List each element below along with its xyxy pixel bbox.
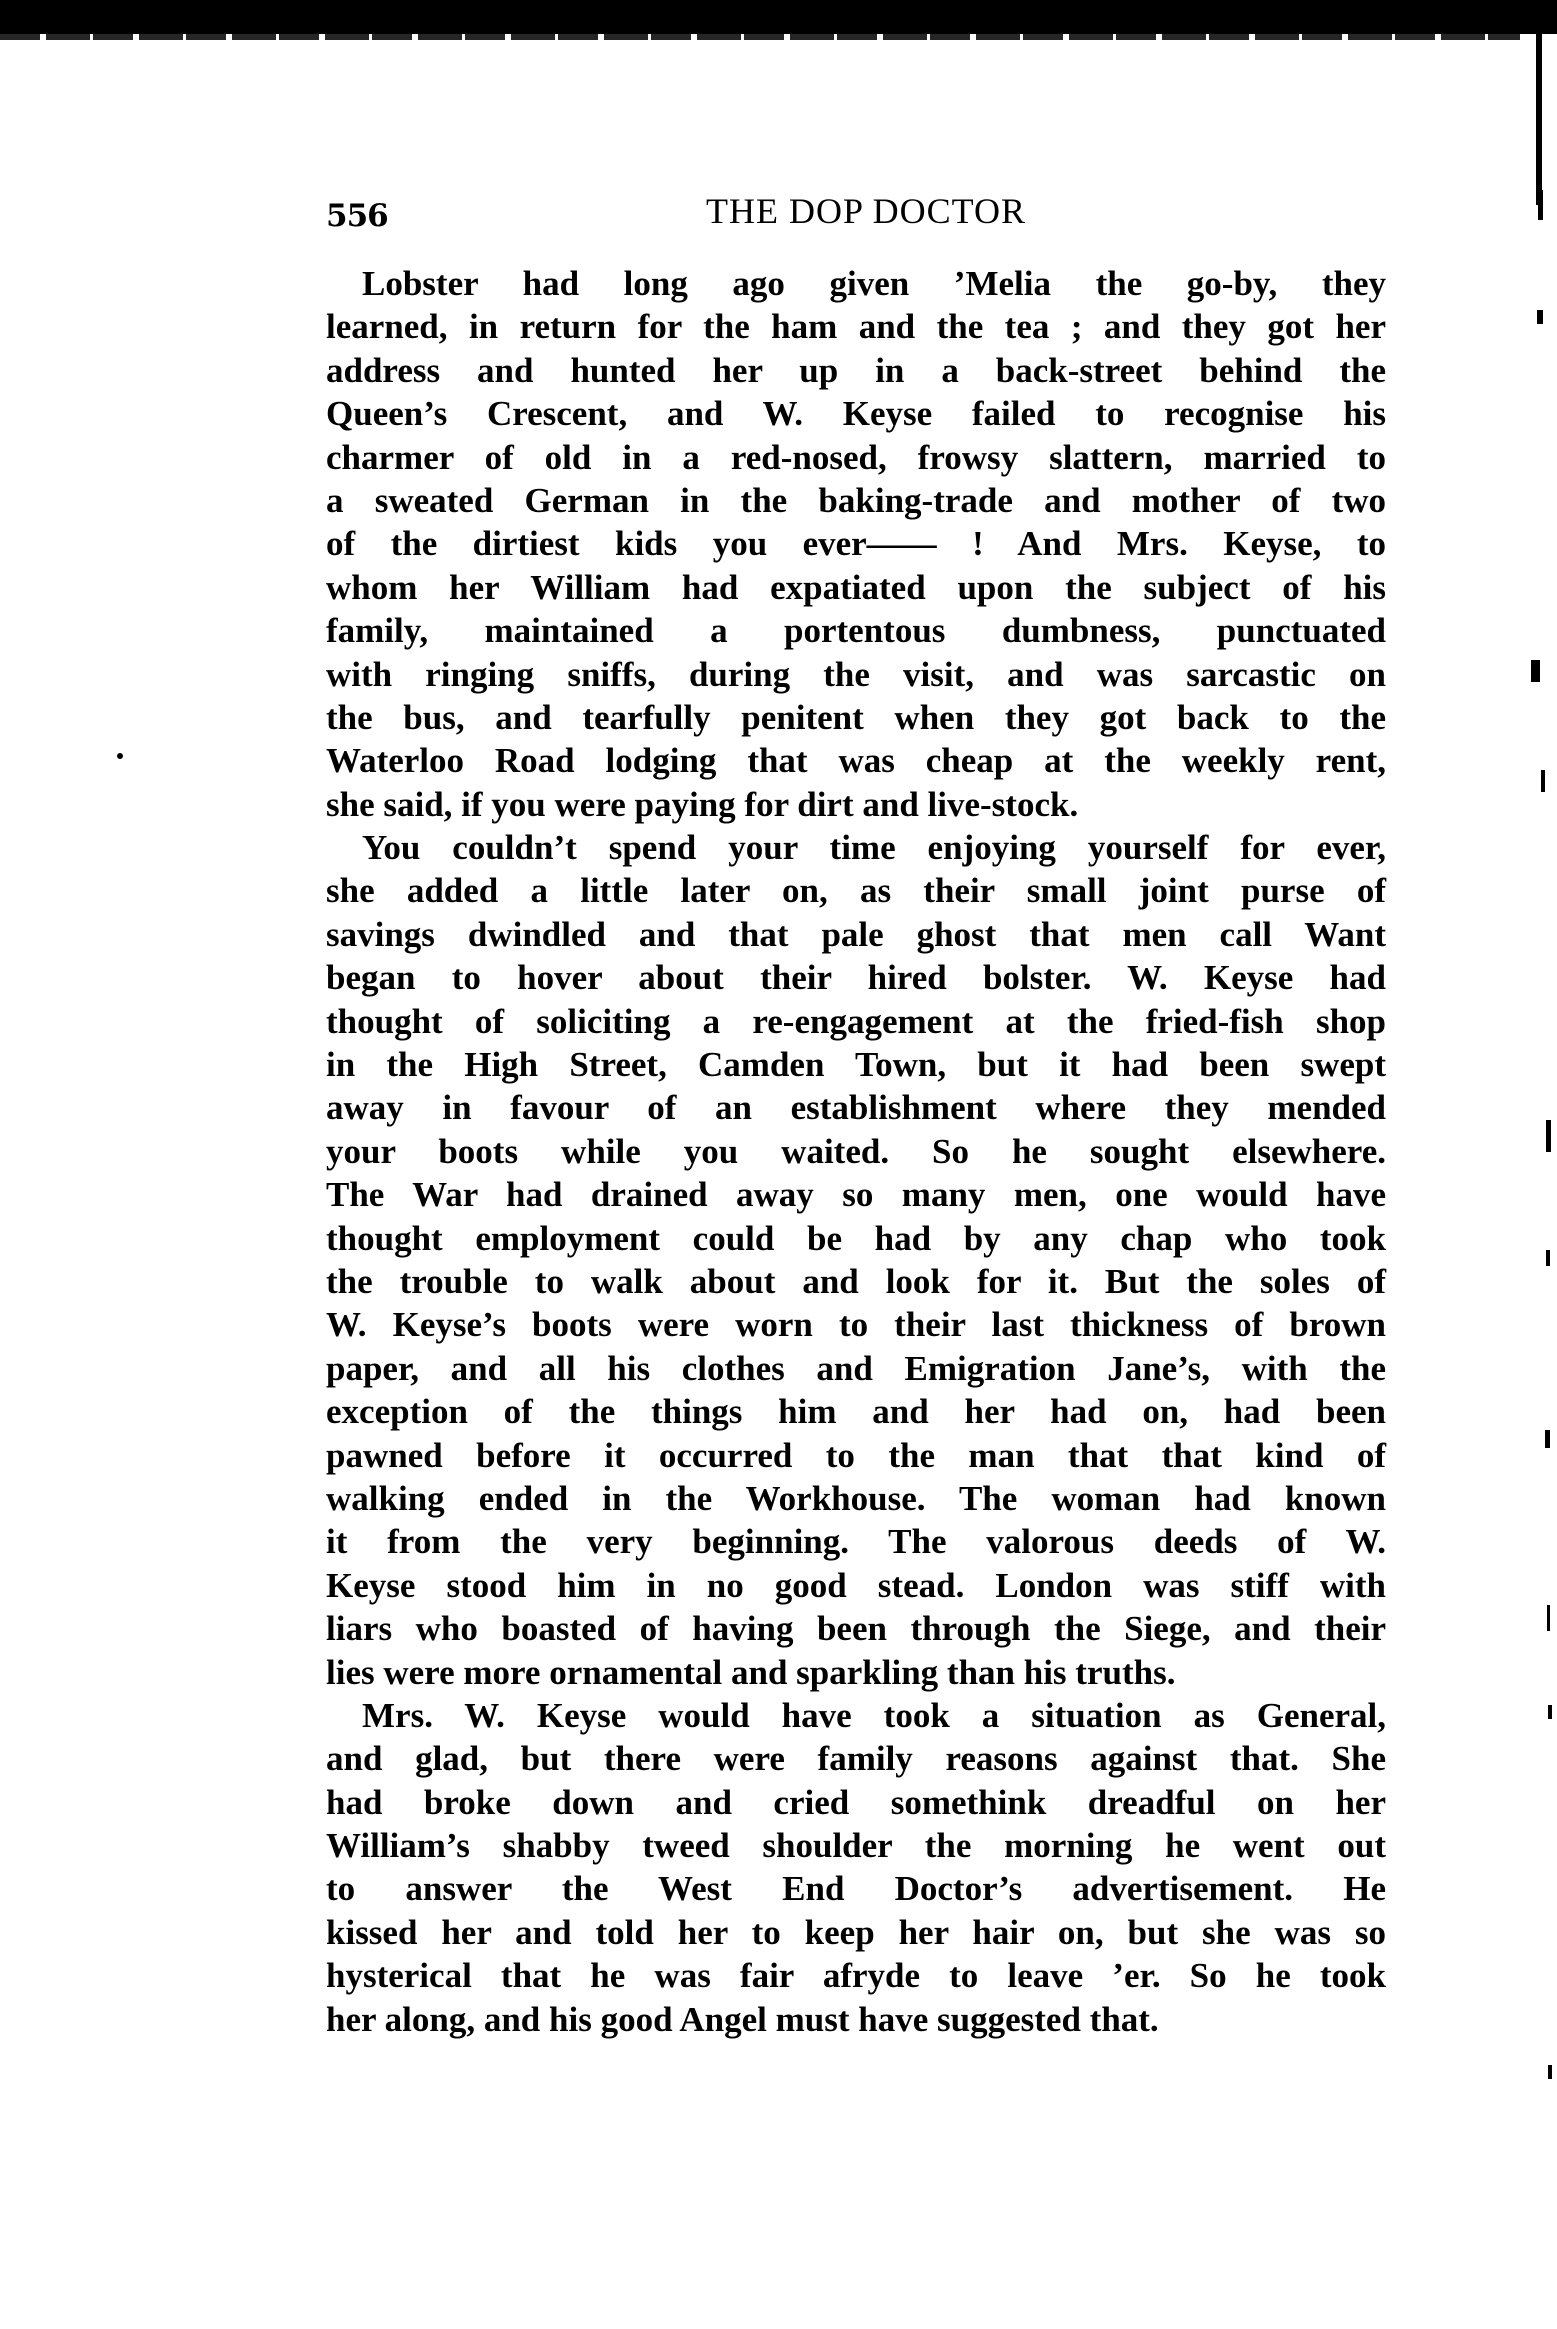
paragraph: Mrs. W. Keyse would have took a situatio… — [326, 1694, 1386, 2041]
text-line: savings dwindled and that pale ghost tha… — [326, 913, 1386, 956]
text-line: lies were more ornamental and sparkling … — [326, 1651, 1386, 1694]
margin-mark — [1546, 1120, 1551, 1152]
text-line: address and hunted her up in a back-stre… — [326, 349, 1386, 392]
text-line: and glad, but there were family reasons … — [326, 1737, 1386, 1780]
scan-top-border — [0, 0, 1557, 34]
text-line: her along, and his good Angel must have … — [326, 1998, 1386, 2041]
text-line: began to hover about their hired bolster… — [326, 956, 1386, 999]
paragraph: You couldn’t spend your time enjoying yo… — [326, 826, 1386, 1694]
margin-mark — [1538, 190, 1543, 220]
text-line: she added a little later on, as their sm… — [326, 869, 1386, 912]
margin-mark — [1537, 310, 1543, 324]
margin-mark — [1545, 1430, 1550, 1448]
text-line: hysterical that he was fair afryde to le… — [326, 1954, 1386, 1997]
scan-right-edge — [1536, 20, 1542, 205]
text-line: with ringing sniffs, during the visit, a… — [326, 653, 1386, 696]
text-line: paper, and all his clothes and Emigratio… — [326, 1347, 1386, 1390]
text-line: it from the very beginning. The valorous… — [326, 1520, 1386, 1563]
text-line: Lobster had long ago given ’Melia the go… — [326, 262, 1386, 305]
text-line: Mrs. W. Keyse would have took a situatio… — [326, 1694, 1386, 1737]
text-line: a sweated German in the baking-trade and… — [326, 479, 1386, 522]
text-line: your boots while you waited. So he sough… — [326, 1130, 1386, 1173]
text-line: the bus, and tearfully penitent when the… — [326, 696, 1386, 739]
text-line: family, maintained a portentous dumbness… — [326, 609, 1386, 652]
text-line: Keyse stood him in no good stead. London… — [326, 1564, 1386, 1607]
text-line: thought of soliciting a re-engagement at… — [326, 1000, 1386, 1043]
margin-mark — [1548, 1705, 1552, 1719]
text-line: W. Keyse’s boots were worn to their last… — [326, 1303, 1386, 1346]
scan-speck — [117, 753, 123, 759]
text-line: The War had drained away so many men, on… — [326, 1173, 1386, 1216]
text-line: Waterloo Road lodging that was cheap at … — [326, 739, 1386, 782]
margin-mark — [1547, 1605, 1550, 1631]
text-line: had broke down and cried somethink dread… — [326, 1781, 1386, 1824]
text-line: she said, if you were paying for dirt an… — [326, 783, 1386, 826]
running-title: THE DOP DOCTOR — [326, 190, 1386, 232]
text-line: whom her William had expatiated upon the… — [326, 566, 1386, 609]
text-line: in the High Street, Camden Town, but it … — [326, 1043, 1386, 1086]
body-text: Lobster had long ago given ’Melia the go… — [326, 262, 1386, 2041]
margin-mark — [1541, 770, 1545, 792]
text-line: thought employment could be had by any c… — [326, 1217, 1386, 1260]
text-line: William’s shabby tweed shoulder the morn… — [326, 1824, 1386, 1867]
text-line: exception of the things him and her had … — [326, 1390, 1386, 1433]
scan-page-edge — [0, 34, 1520, 40]
text-line: walking ended in the Workhouse. The woma… — [326, 1477, 1386, 1520]
margin-mark — [1548, 2065, 1552, 2079]
margin-mark — [1546, 1250, 1550, 1266]
text-line: to answer the West End Doctor’s advertis… — [326, 1867, 1386, 1910]
text-line: liars who boasted of having been through… — [326, 1607, 1386, 1650]
text-line: kissed her and told her to keep her hair… — [326, 1911, 1386, 1954]
margin-mark — [1531, 660, 1540, 682]
text-line: pawned before it occurred to the man tha… — [326, 1434, 1386, 1477]
running-head: 556 THE DOP DOCTOR — [326, 190, 1386, 242]
text-line: You couldn’t spend your time enjoying yo… — [326, 826, 1386, 869]
text-line: learned, in return for the ham and the t… — [326, 305, 1386, 348]
text-line: charmer of old in a red-nosed, frowsy sl… — [326, 436, 1386, 479]
text-line: of the dirtiest kids you ever—— ! And Mr… — [326, 522, 1386, 565]
text-line: Queen’s Crescent, and W. Keyse failed to… — [326, 392, 1386, 435]
paragraph: Lobster had long ago given ’Melia the go… — [326, 262, 1386, 826]
text-line: away in favour of an establishment where… — [326, 1086, 1386, 1129]
text-line: the trouble to walk about and look for i… — [326, 1260, 1386, 1303]
book-page: 556 THE DOP DOCTOR Lobster had long ago … — [326, 190, 1386, 2041]
